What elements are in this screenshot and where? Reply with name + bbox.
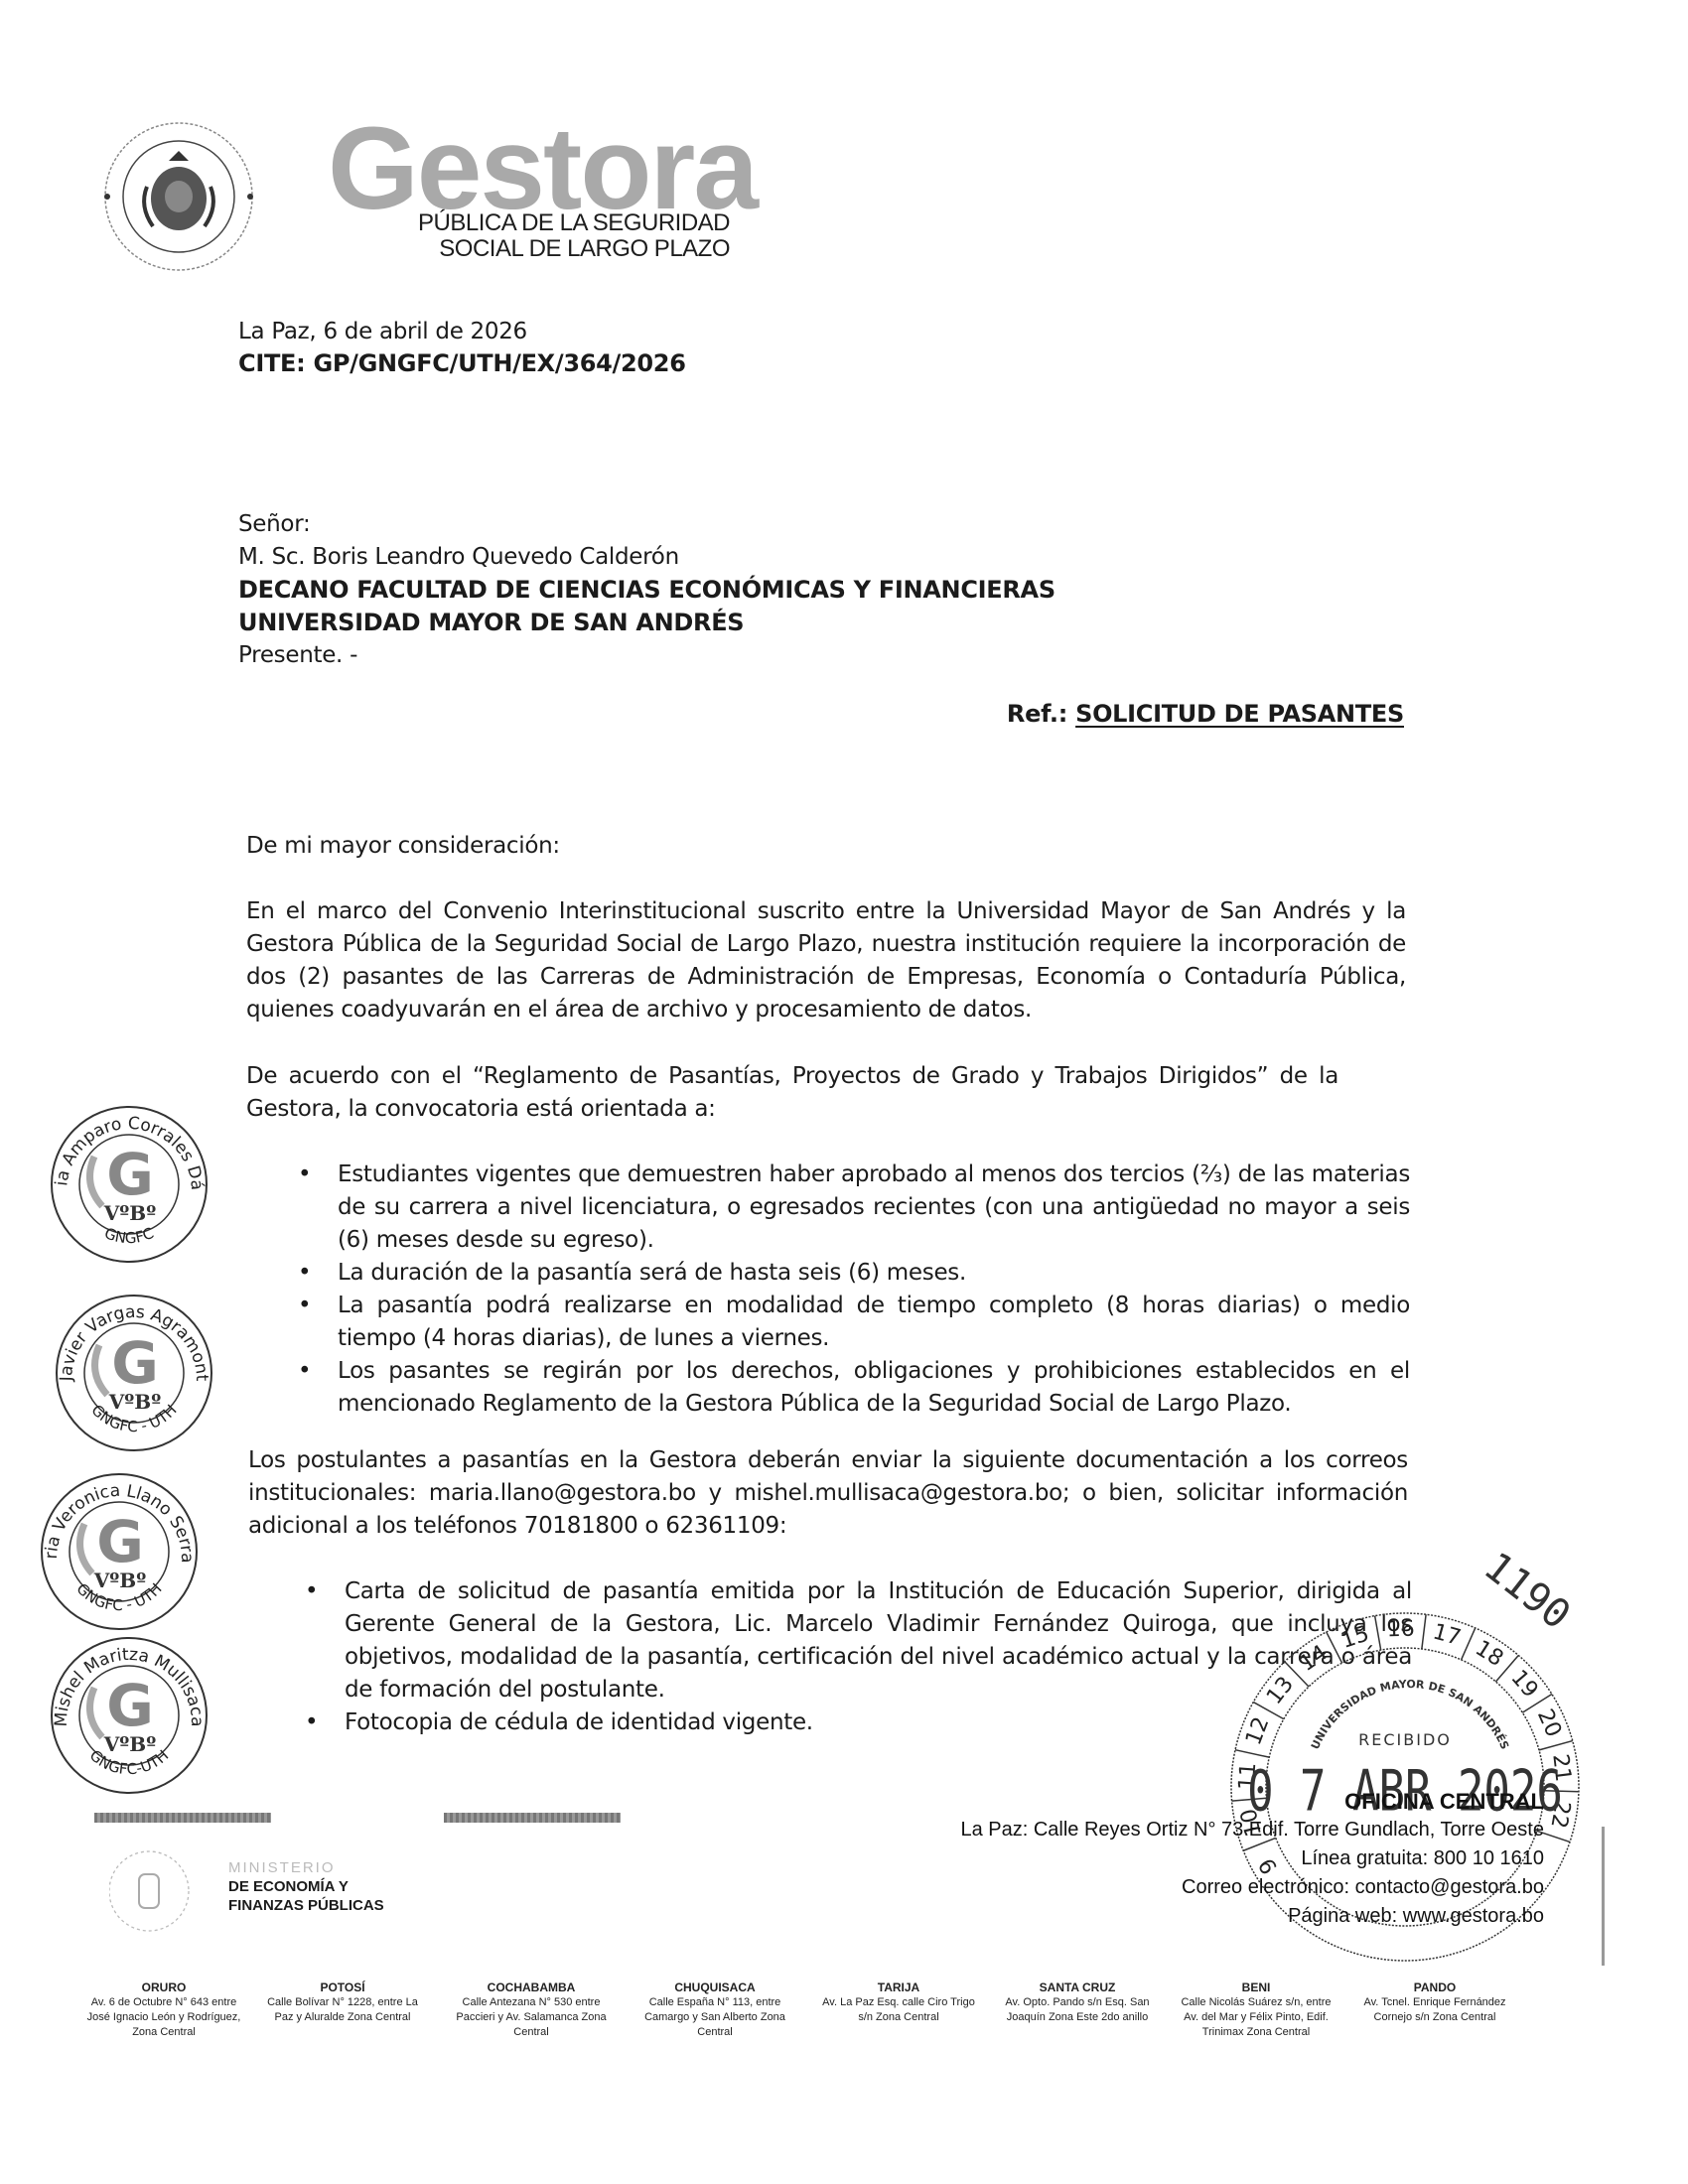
reference-label: Ref.: [1007,700,1067,728]
svg-text:VºBº: VºBº [108,1390,161,1414]
stamp-day-number: 17 [1430,1619,1464,1651]
stamp-day-number: 15 [1338,1621,1372,1654]
regional-office-oruro: ORUROAv. 6 de Octubre N° 643 entre José … [84,1980,243,2040]
salutation: Señor: [238,508,1055,541]
body-paragraph-1: En el marco del Convenio Interinstitucio… [246,895,1406,1026]
office-address: Calle España N° 113, entre Camargo y San… [635,1995,794,2040]
reference-line: Ref.: SOLICITUD DE PASANTES [1007,698,1404,731]
stamp-day-number: 14 [1296,1640,1333,1677]
central-office-email[interactable]: Correo electrónico: contacto@gestora.bo [960,1873,1544,1902]
ministry-name: MINISTERIO DE ECONOMÍA Y FINANZAS PÚBLIC… [228,1858,384,1915]
central-office-hotline: Línea gratuita: 800 10 1610 [960,1844,1544,1873]
vobo-stamp: Javier Vargas AgramontGNGFC - UTHGVºBº [50,1286,218,1454]
svg-text:VºBº: VºBº [103,1201,156,1225]
gestora-tagline: PÚBLICA DE LA SEGURIDAD SOCIAL DE LARGO … [377,210,730,262]
reference-subject: SOLICITUD DE PASANTES [1075,700,1404,728]
office-address: Calle Nicolás Suárez s/n, entre Av. del … [1177,1995,1336,2040]
place-date: La Paz, 6 de abril de 2026 [238,316,527,348]
office-city: SANTA CRUZ [998,1980,1157,1995]
footer-gray-bar [444,1813,621,1823]
footer-gray-bar [94,1813,271,1823]
stamp-day-number: 16 [1386,1617,1415,1643]
ministry-seal-icon [109,1846,199,1936]
office-city: CHUQUISACA [635,1980,794,1995]
regional-office-santa-cruz: SANTA CRUZAv. Opto. Pando s/n Esq. San J… [998,1980,1157,2025]
ministry-line-1: MINISTERIO [228,1858,384,1877]
cite-number: CITE: GP/GNGFC/UTH/EX/364/2026 [238,347,686,380]
criteria-item: La pasantía podrá realizarse en modalida… [246,1290,1410,1355]
tagline-line-2: SOCIAL DE LARGO PLAZO [377,236,730,262]
svg-text:GNGFC: GNGFC [102,1224,157,1247]
recipient-title: DECANO FACULTAD DE CIENCIAS ECONÓMICAS Y… [238,574,1055,607]
regional-office-pando: PANDOAv. Tcnel. Enrique Fernández Cornej… [1355,1980,1514,2025]
office-city: ORURO [84,1980,243,1995]
office-city: COCHABAMBA [452,1980,611,1995]
criteria-item: Estudiantes vigentes que demuestren habe… [246,1159,1410,1257]
svg-text:G: G [111,1329,159,1397]
presente: Presente. - [238,639,1055,672]
body-paragraph-3: Los postulantes a pasantías en la Gestor… [248,1444,1408,1543]
recipient-institution: UNIVERSIDAD MAYOR DE SAN ANDRÉS [238,607,1055,639]
stamp-day-number: 18 [1471,1636,1507,1672]
body-paragraph-2: De acuerdo con el “Reglamento de Pasantí… [246,1060,1338,1126]
ministry-line-3: FINANZAS PÚBLICAS [228,1896,384,1915]
regional-office-chuquisaca: CHUQUISACACalle España N° 113, entre Cam… [635,1980,794,2040]
central-office-address: La Paz: Calle Reyes Ortiz N° 73 Edif. To… [960,1816,1544,1844]
recipient-name: M. Sc. Boris Leandro Quevedo Calderón [238,541,1055,574]
office-address: Calle Antezana N° 530 entre Paccieri y A… [452,1995,611,2040]
criteria-item: La duración de la pasantía será de hasta… [246,1257,1410,1290]
criteria-item: Los pasantes se regirán por los derechos… [246,1355,1410,1421]
ministry-line-2: DE ECONOMÍA Y [228,1877,384,1896]
bolivia-state-seal-icon [99,117,258,276]
stamp-status: RECIBIDO [1358,1730,1452,1749]
vobo-stamp: Claudia Amparo Corrales DávalosGNGFCGVºB… [45,1097,213,1266]
office-city: BENI [1177,1980,1336,1995]
svg-text:G: G [106,1672,154,1739]
criteria-list: Estudiantes vigentes que demuestren habe… [246,1159,1468,1421]
central-office-title: OFICINA CENTRAL [960,1787,1544,1816]
regional-office-beni: BENICalle Nicolás Suárez s/n, entre Av. … [1177,1980,1336,2040]
svg-text:G: G [106,1141,154,1208]
central-office-website[interactable]: Página web: www.gestora.bo [960,1902,1544,1931]
svg-text:G: G [96,1508,144,1575]
ministry-logo: MINISTERIO DE ECONOMÍA Y FINANZAS PÚBLIC… [109,1846,199,1940]
regional-office-tarija: TARIJAAv. La Paz Esq. calle Ciro Trigo s… [819,1980,978,2025]
office-address: Calle Bolívar N° 1228, entre La Paz y Al… [263,1995,422,2025]
regional-office-cochabamba: COCHABAMBACalle Antezana N° 530 entre Pa… [452,1980,611,2040]
svg-text:VºBº: VºBº [103,1732,156,1756]
office-city: TARIJA [819,1980,978,1995]
office-address: Av. Tcnel. Enrique Fernández Cornejo s/n… [1355,1995,1514,2025]
svg-text:VºBº: VºBº [93,1569,146,1592]
recipient-block: Señor: M. Sc. Boris Leandro Quevedo Cald… [238,508,1055,672]
office-address: Av. La Paz Esq. calle Ciro Trigo s/n Zon… [819,1995,978,2025]
central-office-contact: OFICINA CENTRAL La Paz: Calle Reyes Orti… [960,1787,1544,1931]
stamp-day-number: 12 [1241,1713,1274,1748]
office-address: Av. 6 de Octubre N° 643 entre José Ignac… [84,1995,243,2040]
tagline-line-1: PÚBLICA DE LA SEGURIDAD [377,210,730,236]
office-city: POTOSÍ [263,1980,422,1995]
greeting: De mi mayor consideración: [246,830,560,863]
vobo-stamp: Mishel Maritza MullisacaGNGFC-UTHGVºBº [45,1628,213,1797]
office-address: Av. Opto. Pando s/n Esq. San Joaquín Zon… [998,1995,1157,2025]
vobo-stamp: Maria Veronica Llano SerranoGNGFC - UTHG… [35,1464,204,1633]
footer-edge-mark [1602,1827,1605,1966]
regional-office-potosí: POTOSÍCalle Bolívar N° 1228, entre La Pa… [263,1980,422,2025]
office-city: PANDO [1355,1980,1514,1995]
